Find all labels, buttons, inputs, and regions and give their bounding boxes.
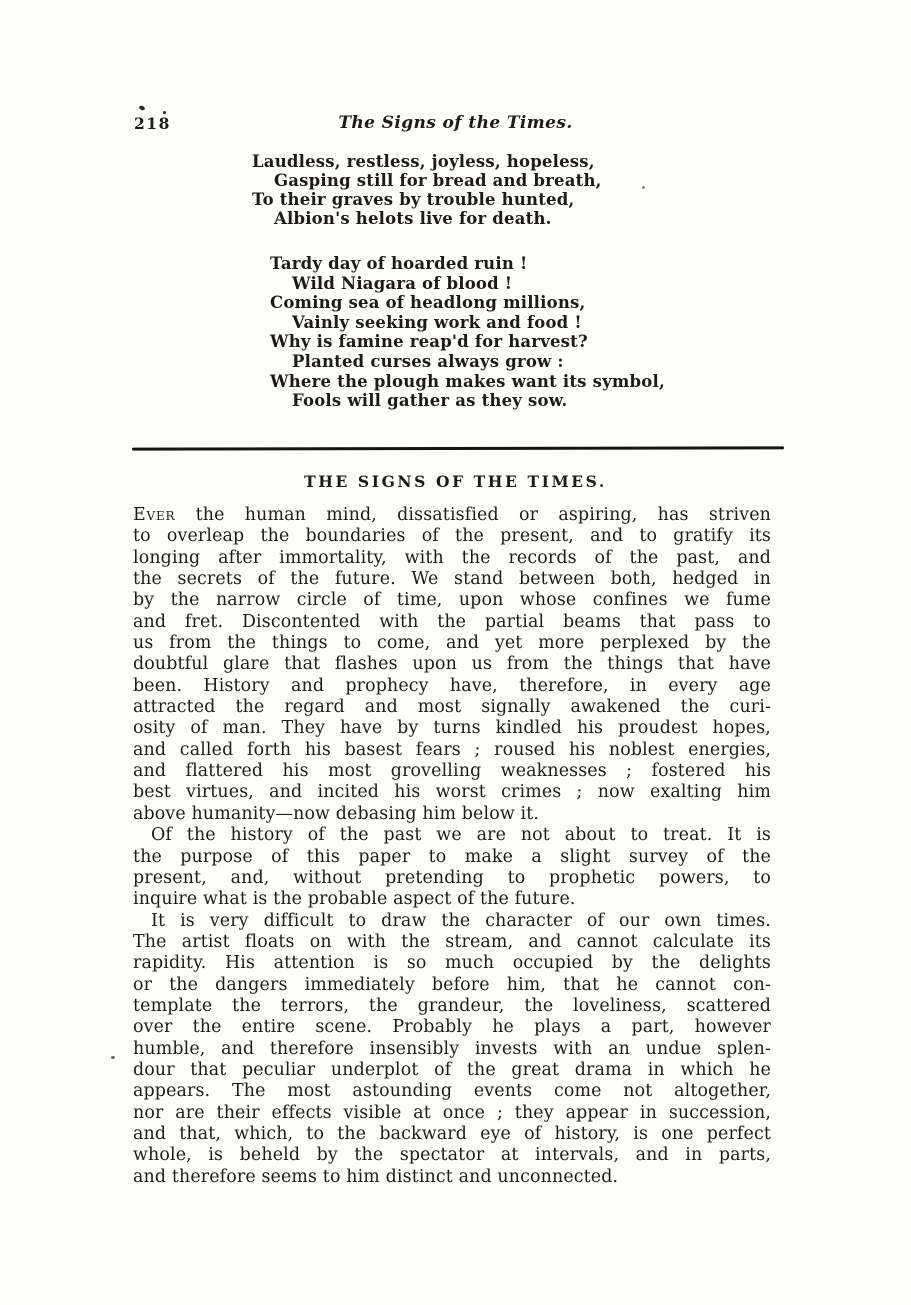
poem-stanza-1: Laudless, restless, joyless, hopeless,Ga… xyxy=(252,152,602,228)
poem-line: Where the plough makes want its symbol, xyxy=(270,372,665,392)
lead-word: Ever xyxy=(133,505,175,525)
body-line: It is very difficult to draw the charact… xyxy=(133,911,771,932)
paragraph-2: Of the history of the past we are not ab… xyxy=(133,825,771,910)
body-line: best virtues, and incited his worst crim… xyxy=(133,782,771,803)
ink-speck xyxy=(138,105,145,111)
poem-line: To their graves by trouble hunted, xyxy=(252,190,602,209)
ink-speck xyxy=(111,1056,115,1059)
body-line: appears. The most astounding events come… xyxy=(133,1081,771,1102)
body-line: dour that peculiar underplot of the grea… xyxy=(133,1060,771,1081)
body-line: doubtful glare that flashes upon us from… xyxy=(133,654,771,675)
body-line: attracted the regard and most signally a… xyxy=(133,697,771,718)
body-line: The artist floats on with the stream, an… xyxy=(133,932,771,953)
article-heading: THE SIGNS OF THE TIMES. xyxy=(0,472,911,491)
scanned-page: 218 The Signs of the Times. Laudless, re… xyxy=(0,0,911,1305)
body-line: and therefore seems to him distinct and … xyxy=(133,1167,771,1188)
body-line: humble, and therefore insensibly invests… xyxy=(133,1039,771,1060)
poem-line: Gasping still for bread and breath, xyxy=(252,171,602,190)
body-line: and flattered his most grovelling weakne… xyxy=(133,761,771,782)
poem-line: Wild Niagara of blood ! xyxy=(270,274,665,294)
paragraph-1-lines: to overleap the boundaries of the presen… xyxy=(133,526,771,825)
body-line: longing after immortality, with the reco… xyxy=(133,548,771,569)
poem-line: Planted curses always grow : xyxy=(270,352,665,372)
body-line: over the entire scene. Probably he plays… xyxy=(133,1017,771,1038)
body-line: or the dangers immediately before him, t… xyxy=(133,975,771,996)
body-line: the purpose of this paper to make a slig… xyxy=(133,847,771,868)
body-line: template the terrors, the grandeur, the … xyxy=(133,996,771,1017)
body-line: and called forth his basest fears ; rous… xyxy=(133,740,771,761)
poem-line: Laudless, restless, joyless, hopeless, xyxy=(252,152,602,171)
poem-line: Why is famine reap'd for harvest? xyxy=(270,332,665,352)
ink-speck xyxy=(163,111,166,114)
poem-line: Fools will gather as they sow. xyxy=(270,391,665,411)
section-divider-rule xyxy=(132,446,784,451)
body-line: Of the history of the past we are not ab… xyxy=(133,825,771,846)
paragraph-3: It is very difficult to draw the charact… xyxy=(133,911,771,1188)
body-line: by the narrow circle of time, upon whose… xyxy=(133,590,771,611)
poem-line: Coming sea of headlong millions, xyxy=(270,293,665,313)
poem-line: Tardy day of hoarded ruin ! xyxy=(270,254,665,274)
body-line: and that, which, to the backward eye of … xyxy=(133,1124,771,1145)
body-line: above humanity—now debasing him below it… xyxy=(133,804,771,825)
body-line: Ever the human mind, dissatisfied or asp… xyxy=(133,505,771,526)
body-line: nor are their effects visible at once ; … xyxy=(133,1103,771,1124)
ink-speck xyxy=(642,186,645,189)
body-line: osity of man. They have by turns kindled… xyxy=(133,718,771,739)
body-line: present, and, without pretending to prop… xyxy=(133,868,771,889)
body-line: us from the things to come, and yet more… xyxy=(133,633,771,654)
body-line: inquire what is the probable aspect of t… xyxy=(133,889,771,910)
lead-rest: the human mind, dissatisfied or aspiring… xyxy=(175,505,771,525)
article-body: Ever the human mind, dissatisfied or asp… xyxy=(133,505,771,1188)
running-title: The Signs of the Times. xyxy=(0,113,911,133)
body-line: whole, is beheld by the spectator at int… xyxy=(133,1145,771,1166)
body-line: been. History and prophecy have, therefo… xyxy=(133,676,771,697)
paragraph-1: Ever the human mind, dissatisfied or asp… xyxy=(133,505,771,825)
body-line: and fret. Discontented with the partial … xyxy=(133,612,771,633)
body-line: rapidity. His attention is so much occup… xyxy=(133,953,771,974)
poem-stanza-2: Tardy day of hoarded ruin !Wild Niagara … xyxy=(270,254,665,411)
body-line: the secrets of the future. We stand betw… xyxy=(133,569,771,590)
poem-line: Vainly seeking work and food ! xyxy=(270,313,665,333)
poem-line: Albion's helots live for death. xyxy=(252,209,602,228)
body-line: to overleap the boundaries of the presen… xyxy=(133,526,771,547)
